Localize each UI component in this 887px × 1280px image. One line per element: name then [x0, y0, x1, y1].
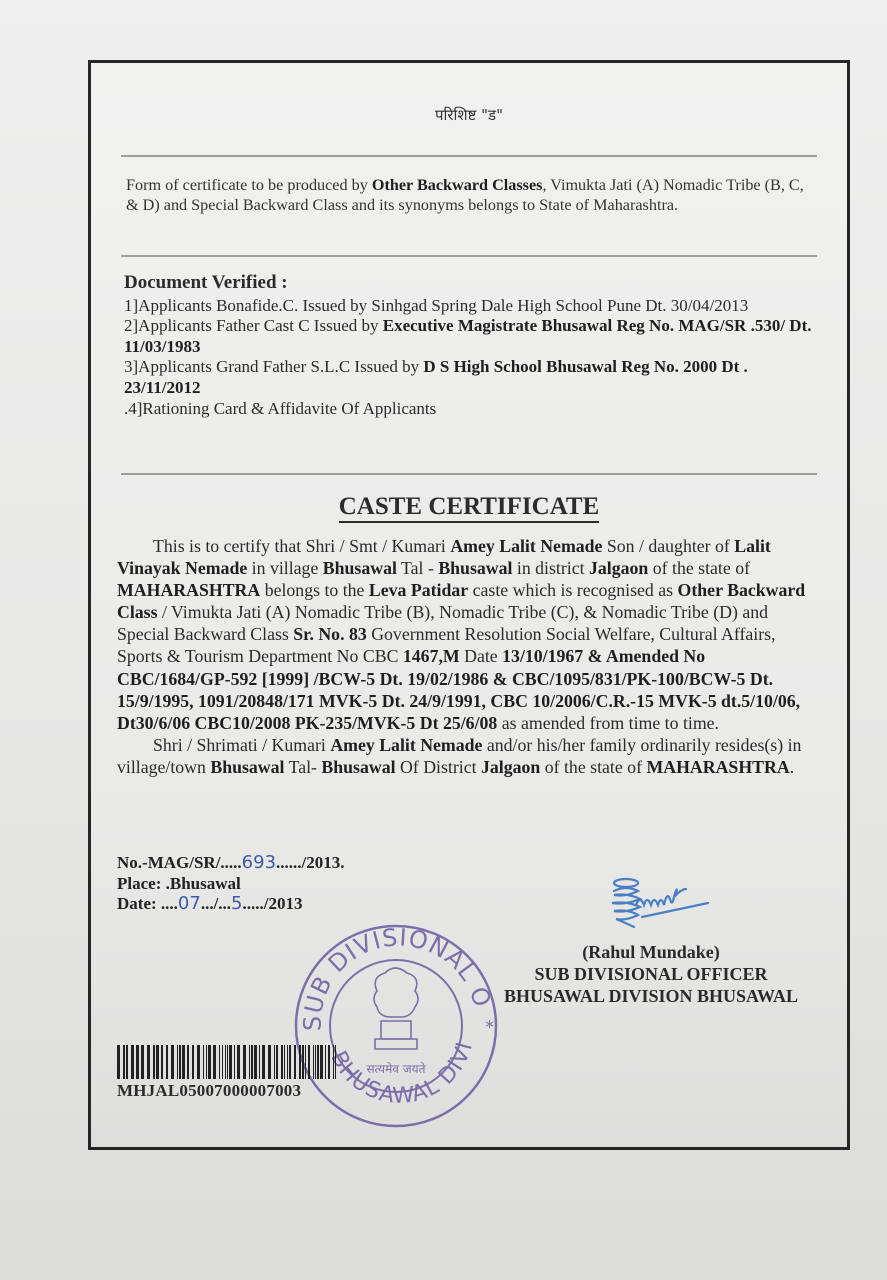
appendix-title: परिशिष्ट "ड"	[91, 105, 847, 125]
certificate-frame: परिशिष्ट "ड" Form of certificate to be p…	[88, 60, 850, 1150]
divider	[121, 155, 817, 157]
certification-paragraph: This is to certify that Shri / Smt / Kum…	[117, 535, 819, 734]
official-seal-icon: SUB DIVISIONAL OFFICER BHUSAWAL DIVISION…	[291, 921, 501, 1131]
reference-number: No.-MAG/SR/.....693....../2013.	[117, 853, 345, 874]
signatory-office: BHUSAWAL DIVISION BHUSAWAL	[471, 985, 831, 1007]
certificate-title: CASTE CERTIFICATE	[91, 493, 847, 521]
divider	[121, 473, 817, 475]
svg-text:*: *	[485, 1017, 494, 1038]
documents-verified-heading: Document Verified :	[124, 273, 817, 294]
barcode-number: MHJAL05007000007003	[117, 1081, 301, 1101]
verified-item: 3]Applicants Grand Father S.L.C Issued b…	[124, 357, 817, 398]
svg-text:सत्यमेव जयते: सत्यमेव जयते	[367, 1062, 427, 1076]
certificate-body: This is to certify that Shri / Smt / Kum…	[117, 535, 819, 778]
verified-item: 1]Applicants Bonafide.C. Issued by Sinhg…	[124, 296, 817, 317]
signatory-designation: SUB DIVISIONAL OFFICER	[471, 963, 831, 985]
place: Place: .Bhusawal	[117, 874, 345, 895]
residence-paragraph: Shri / Shrimati / Kumari Amey Lalit Nema…	[117, 734, 819, 778]
divider	[121, 255, 817, 257]
issue-date: Date: ....07.../...5...../2013	[117, 894, 345, 915]
signatory-name: (Rahul Mundake)	[471, 941, 831, 963]
verified-item: .4]Rationing Card & Affidavite Of Applic…	[124, 399, 817, 420]
form-intro: Form of certificate to be produced by Ot…	[126, 175, 807, 215]
signatory-block: (Rahul Mundake) SUB DIVISIONAL OFFICER B…	[471, 941, 831, 1007]
reference-block: No.-MAG/SR/.....693....../2013. Place: .…	[117, 853, 345, 915]
verified-item: 2]Applicants Father Cast C Issued by Exe…	[124, 316, 817, 357]
signature-icon	[596, 875, 736, 945]
documents-verified: Document Verified : 1]Applicants Bonafid…	[124, 273, 817, 419]
barcode-icon	[117, 1045, 339, 1079]
svg-text:SUB DIVISIONAL OFFICER: SUB DIVISIONAL OFFICER	[291, 921, 497, 1031]
